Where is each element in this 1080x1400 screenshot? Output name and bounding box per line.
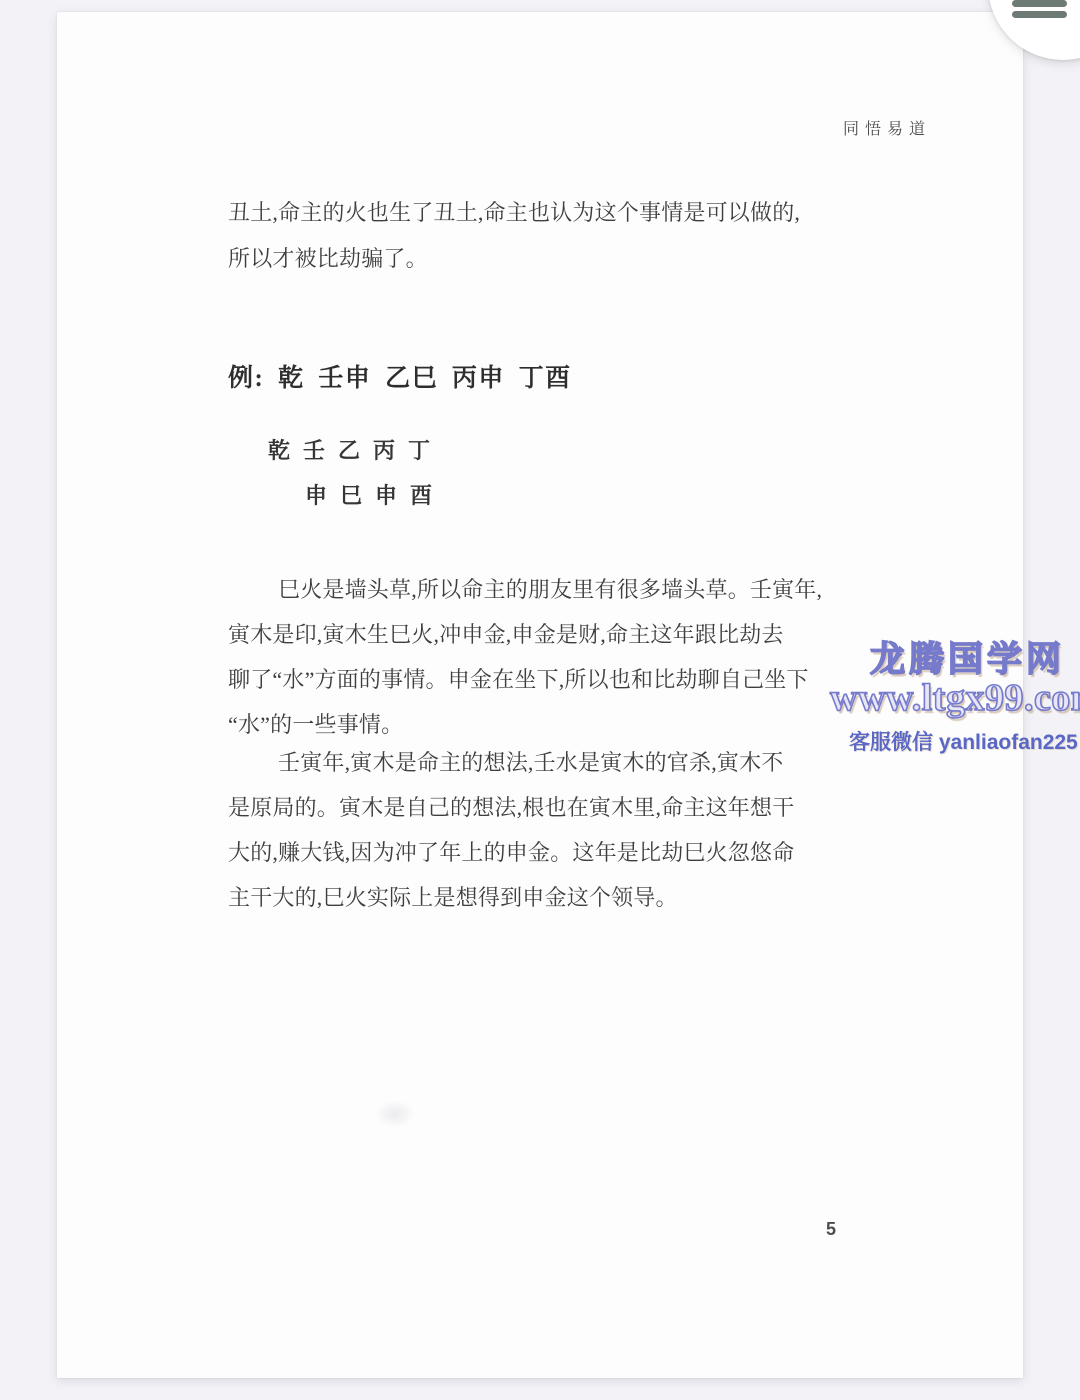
- paragraph-line: “水”的一些事情。: [228, 708, 852, 739]
- paragraph-line: 巳火是墙头草,所以命主的朋友里有很多墙头草。壬寅年,: [228, 573, 852, 604]
- viewer-background: { "doc": { "running_header": "同悟易道", "pa…: [0, 0, 1080, 1400]
- paragraph-line: 聊了“水”方面的事情。申金在坐下,所以也和比劫聊自己坐下: [228, 663, 852, 694]
- paragraph-line: 丑土,命主的火也生了丑土,命主也认为这个事情是可以做的,: [228, 196, 852, 227]
- paragraph-line: 大的,赚大钱,因为冲了年上的申金。这年是比劫巳火忽悠命: [228, 836, 852, 867]
- earthly-branch: 酉: [410, 479, 431, 510]
- heavenly-stem: 丁: [408, 434, 429, 465]
- hamburger-bar: [1012, 11, 1067, 18]
- paragraph-line: 所以才被比劫骗了。: [228, 242, 852, 273]
- earthly-branch: 巳: [340, 479, 361, 510]
- paragraph-line: 寅木是印,寅木生巳火,冲申金,申金是财,命主这年跟比劫去: [228, 618, 852, 649]
- earthly-branch: 申: [375, 479, 396, 510]
- stem-row: 乾 壬 乙 丙 丁: [268, 434, 429, 465]
- branch-row: 申 巳 申 酉: [305, 479, 431, 510]
- heavenly-stem: 乙: [338, 434, 359, 465]
- pillar-gender: 乾: [268, 434, 289, 465]
- paragraph-line: 壬寅年,寅木是命主的想法,壬水是寅木的官杀,寅木不: [228, 746, 852, 777]
- earthly-branch: 申: [305, 479, 326, 510]
- heavenly-stem: 壬: [303, 434, 324, 465]
- document-page: 同悟易道 丑土,命主的火也生了丑土,命主也认为这个事情是可以做的, 所以才被比劫…: [57, 12, 1023, 1378]
- example-heading: 例: 乾 壬申 乙巳 丙申 丁酉: [228, 358, 572, 394]
- paragraph-line: 是原局的。寅木是自己的想法,根也在寅木里,命主这年想干: [228, 791, 852, 822]
- hamburger-bar: [1012, 0, 1067, 7]
- heavenly-stem: 丙: [373, 434, 394, 465]
- paragraph-line: 主干大的,巳火实际上是想得到申金这个领导。: [228, 881, 852, 912]
- running-header: 同悟易道: [843, 116, 931, 139]
- page-number: 5: [826, 1219, 836, 1240]
- scan-smudge: [375, 1100, 415, 1128]
